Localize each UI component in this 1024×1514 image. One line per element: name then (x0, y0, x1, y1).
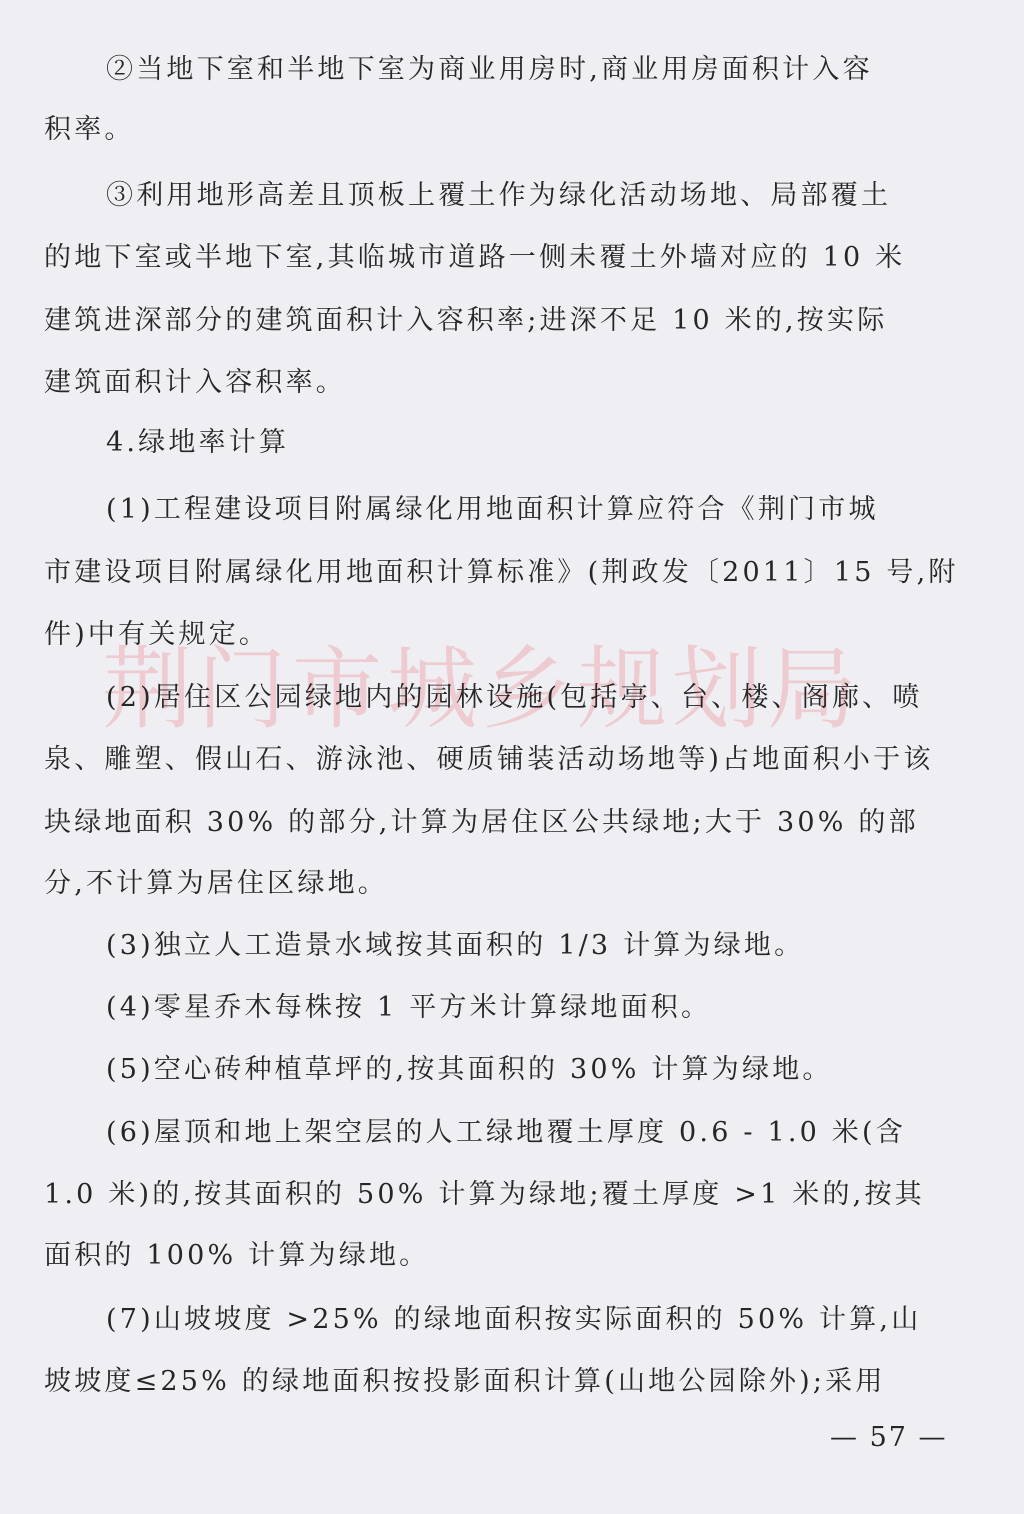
text-line-5: 建筑进深部分的建筑面积计入容积率;进深不足 10 米的,按实际 (44, 303, 984, 339)
text-line-21: (7)山坡坡度 >25% 的绿地面积按实际面积的 50% 计算,山 (106, 1302, 1024, 1338)
text-line-3: ③利用地形高差且顶板上覆土作为绿化活动场地、局部覆土 (106, 178, 1024, 214)
text-line-13: 块绿地面积 30% 的部分,计算为居住区公共绿地;大于 30% 的部 (44, 805, 984, 841)
text-line-11: (2)居住区公园绿地内的园林设施(包括亭、台、楼、阁廊、喷 (106, 680, 1024, 716)
page-number: — 57 — (830, 1420, 948, 1456)
text-line-19: 1.0 米)的,按其面积的 50% 计算为绿地;覆土厚度 >1 米的,按其 (44, 1177, 984, 1213)
text-line-6: 建筑面积计入容积率。 (44, 365, 984, 401)
text-line-12: 泉、雕塑、假山石、游泳池、硬质铺装活动场地等)占地面积小于该 (44, 742, 984, 778)
text-line-14: 分,不计算为居住区绿地。 (44, 866, 984, 902)
text-line-22: 坡坡度≤25% 的绿地面积按投影面积计算(山地公园除外);采用 (44, 1364, 984, 1400)
text-line-17: (5)空心砖种植草坪的,按其面积的 30% 计算为绿地。 (106, 1052, 1024, 1088)
text-line-4: 的地下室或半地下室,其临城市道路一侧未覆土外墙对应的 10 米 (44, 240, 984, 276)
document-page: 荆门市城乡规划局 ②当地下室和半地下室为商业用房时,商业用房面积计入容 积率。 … (0, 0, 1024, 1514)
text-line-2: 积率。 (44, 112, 984, 148)
text-line-20: 面积的 100% 计算为绿地。 (44, 1238, 984, 1274)
text-line-18: (6)屋顶和地上架空层的人工绿地覆土厚度 0.6 - 1.0 米(含 (106, 1115, 1024, 1151)
text-line-9: 市建设项目附属绿化用地面积计算标准》(荆政发〔2011〕15 号,附 (44, 555, 984, 591)
text-line-8: (1)工程建设项目附属绿化用地面积计算应符合《荆门市城 (106, 492, 1024, 528)
text-line-1: ②当地下室和半地下室为商业用房时,商业用房面积计入容 (106, 52, 1024, 88)
text-line-16: (4)零星乔木每株按 1 平方米计算绿地面积。 (106, 990, 1024, 1026)
text-line-10: 件)中有关规定。 (44, 617, 984, 653)
section-heading: 4.绿地率计算 (106, 425, 1024, 461)
text-line-15: (3)独立人工造景水域按其面积的 1/3 计算为绿地。 (106, 928, 1024, 964)
